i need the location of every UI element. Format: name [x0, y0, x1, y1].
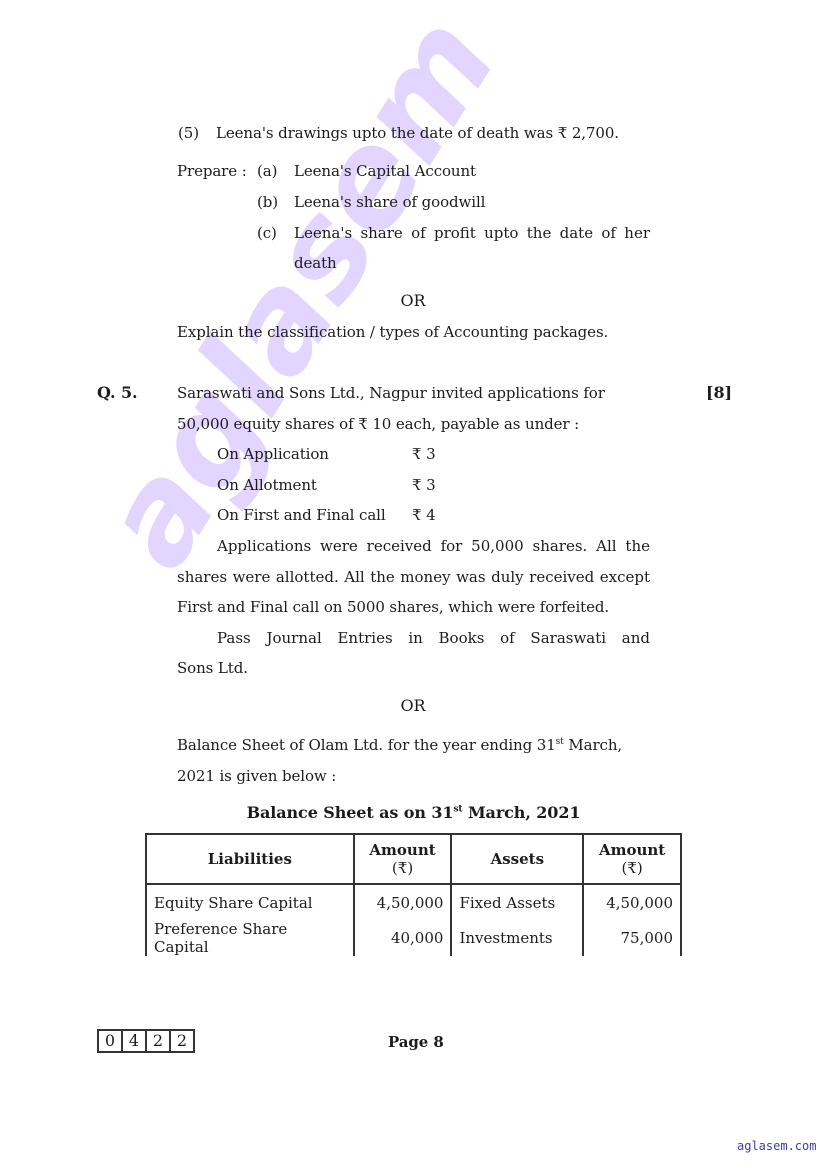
- payment-stage-allotment: On Allotment: [217, 475, 317, 495]
- title-rest: March, 2021: [462, 803, 580, 822]
- item-5-text: Leena's drawings upto the date of death …: [216, 123, 619, 143]
- superscript: st: [556, 737, 564, 747]
- q5-intro-line1: Saraswati and Sons Ltd., Nagpur invited …: [177, 383, 605, 403]
- table-row: Preference Share Capital 40,000 Investme…: [146, 920, 681, 956]
- part-c-label: (c): [257, 223, 277, 243]
- paper-code-boxes: 0 4 2 2: [97, 1029, 195, 1053]
- asset-amount: 75,000: [583, 920, 681, 956]
- header-assets: Assets: [451, 834, 583, 884]
- page-number: Page 8: [388, 1032, 444, 1052]
- q5-para1-line1: Applications were received for 50,000 sh…: [217, 536, 650, 556]
- code-digit: 0: [99, 1031, 123, 1051]
- q5-para2-line2: Sons Ltd.: [177, 658, 248, 678]
- payment-amount-application: ₹ 3: [412, 444, 436, 464]
- q5-alt-line1-text: Balance Sheet of Olam Ltd. for the year …: [177, 736, 556, 754]
- payment-amount-allotment: ₹ 3: [412, 475, 436, 495]
- header-currency: (₹): [621, 859, 642, 877]
- q5-para2-line1: Pass Journal Entries in Books of Saraswa…: [217, 628, 650, 648]
- prepare-label: Prepare :: [177, 161, 247, 181]
- q5-alt-line2: 2021 is given below :: [177, 766, 336, 786]
- part-b-label: (b): [257, 192, 278, 212]
- asset-amount: 4,50,000: [583, 884, 681, 920]
- asset-name: Fixed Assets: [451, 884, 583, 920]
- header-currency: (₹): [392, 859, 413, 877]
- header-asset-amount: Amount(₹): [583, 834, 681, 884]
- code-digit: 4: [123, 1031, 147, 1051]
- code-digit: 2: [147, 1031, 171, 1051]
- part-c-text-line2: death: [294, 253, 337, 273]
- site-link[interactable]: aglasem.com: [737, 1139, 816, 1153]
- balance-sheet-title: Balance Sheet as on 31st March, 2021: [145, 803, 682, 823]
- header-liabilities: Liabilities: [146, 834, 354, 884]
- payment-stage-first-final-call: On First and Final call: [217, 505, 386, 525]
- code-digit: 2: [171, 1031, 193, 1051]
- payment-stage-application: On Application: [217, 444, 329, 464]
- header-liability-amount: Amount(₹): [354, 834, 452, 884]
- or-divider-q4: OR: [380, 291, 446, 311]
- part-b-text: Leena's share of goodwill: [294, 192, 485, 212]
- q5-para1-line2: shares were allotted. All the money was …: [177, 567, 650, 587]
- q5-para1-line3: First and Final call on 5000 shares, whi…: [177, 597, 609, 617]
- q5-alt-line1: Balance Sheet of Olam Ltd. for the year …: [177, 735, 622, 755]
- liability-name: Equity Share Capital: [146, 884, 354, 920]
- liability-amount: 40,000: [354, 920, 452, 956]
- q4-alternative-question: Explain the classification / types of Ac…: [177, 322, 608, 342]
- table-header-row: Liabilities Amount(₹) Assets Amount(₹): [146, 834, 681, 884]
- part-c-text-line1: Leena's share of profit upto the date of…: [294, 223, 650, 243]
- question-number: Q. 5.: [97, 383, 138, 403]
- header-amount-label: Amount: [369, 841, 435, 859]
- balance-sheet-table: Liabilities Amount(₹) Assets Amount(₹) E…: [145, 833, 682, 956]
- title-text: Balance Sheet as on 31: [247, 803, 454, 822]
- header-amount-label: Amount: [599, 841, 665, 859]
- part-a-label: (a): [257, 161, 277, 181]
- or-divider-q5: OR: [380, 696, 446, 716]
- item-5-number: (5): [178, 123, 199, 143]
- exam-page: (5) Leena's drawings upto the date of de…: [0, 0, 827, 1169]
- table-row: Equity Share Capital 4,50,000 Fixed Asse…: [146, 884, 681, 920]
- liability-amount: 4,50,000: [354, 884, 452, 920]
- marks-badge: [8]: [706, 383, 732, 403]
- liability-name: Preference Share Capital: [146, 920, 354, 956]
- q5-alt-line1-rest: March,: [564, 736, 622, 754]
- part-a-text: Leena's Capital Account: [294, 161, 476, 181]
- asset-name: Investments: [451, 920, 583, 956]
- payment-amount-first-final-call: ₹ 4: [412, 505, 436, 525]
- q5-intro-line2: 50,000 equity shares of ₹ 10 each, payab…: [177, 414, 579, 434]
